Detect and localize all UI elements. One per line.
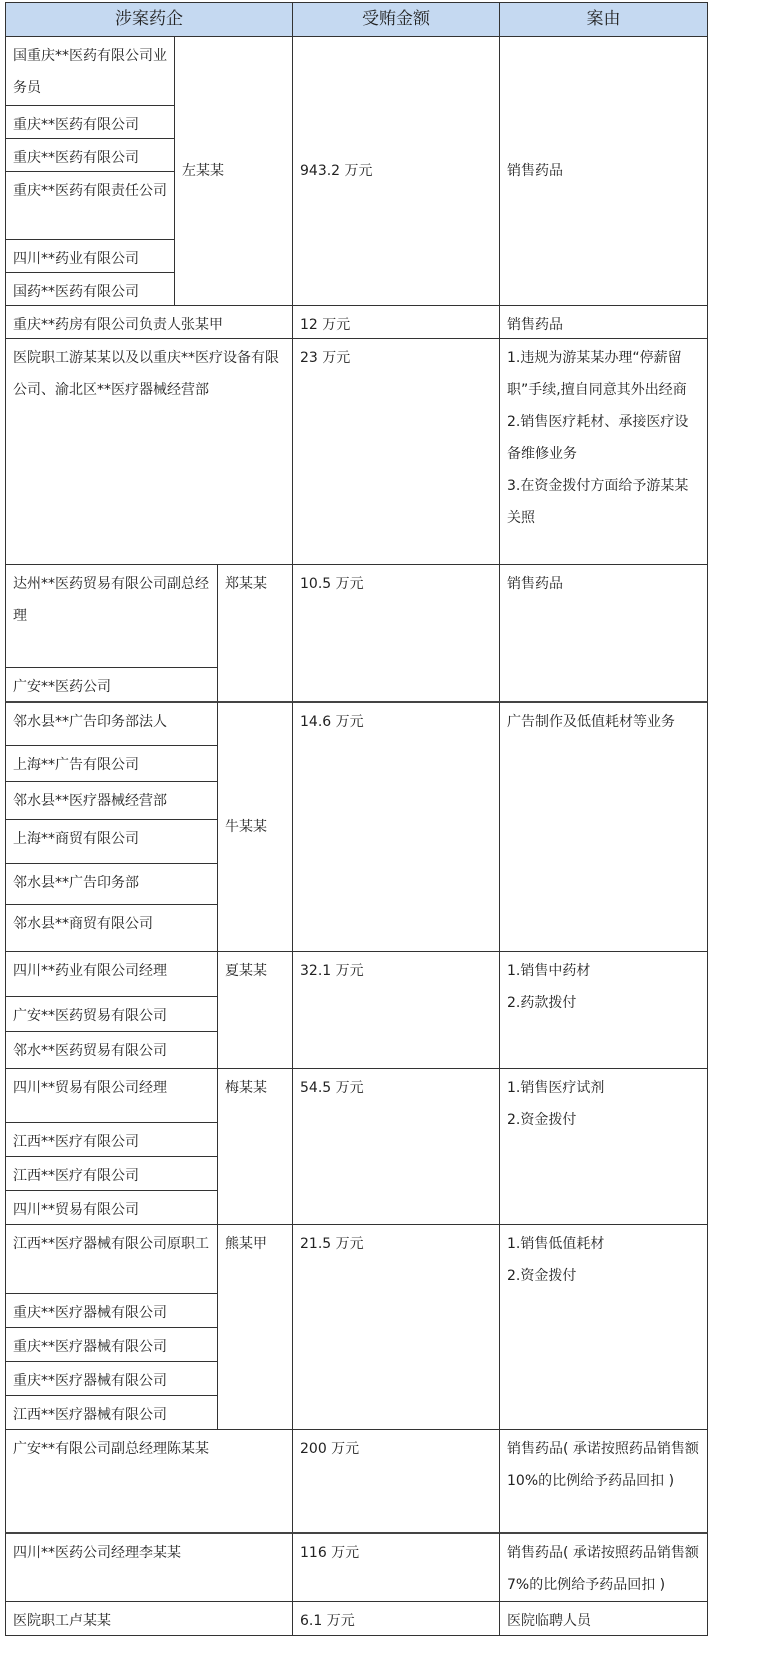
reason-line: 1.销售医疗试剂 [507,1072,707,1104]
amount-cell: 54.5 万元 [292,1068,500,1225]
reason-cell: 1.销售低值耗材 2.资金拨付 [499,1224,708,1430]
company-cell: 重庆**医药有限公司 [5,138,175,172]
company-cell: 四川**药业有限公司经理 [5,951,218,997]
amount-cell: 10.5 万元 [292,564,500,702]
reason-line: 1.销售低值耗材 [507,1228,707,1260]
company-cell: 达州**医药贸易有限公司副总经理 [5,564,218,668]
reason-line: 2.药款拨付 [507,987,707,1019]
company-cell: 广安**有限公司副总经理陈某某 [5,1429,293,1533]
amount-cell: 23 万元 [292,338,500,565]
reason-line: 2.销售医疗耗材、承接医疗设备维修业务 [507,406,701,470]
company-cell: 四川**药业有限公司 [5,239,175,273]
person-cell: 梅某某 [217,1068,293,1225]
amount-cell: 943.2 万元 [292,36,500,306]
reason-line: 2.资金拨付 [507,1260,707,1292]
reason-line: 1.销售中药材 [507,955,707,987]
amount-cell: 21.5 万元 [292,1224,500,1430]
company-cell: 四川**医药公司经理李某某 [5,1532,293,1602]
company-cell: 四川**贸易有限公司 [5,1190,218,1225]
company-cell: 邻水**医药贸易有限公司 [5,1031,218,1069]
person-cell: 郑某某 [217,564,293,702]
reason-cell: 医院临聘人员 [499,1601,708,1636]
company-cell: 邻水县**广告印务部 [5,863,218,905]
reason-line: 2.资金拨付 [507,1104,707,1136]
header-company: 涉案药企 [5,2,293,37]
company-cell: 重庆**医药有限责任公司 [5,171,175,240]
company-cell: 江西**医疗器械有限公司 [5,1395,218,1430]
company-cell: 江西**医疗器械有限公司原职工 [5,1224,218,1294]
company-cell: 邻水县**商贸有限公司 [5,904,218,952]
person-cell: 夏某某 [217,951,293,1069]
company-cell: 上海**广告有限公司 [5,745,218,782]
amount-cell: 200 万元 [292,1429,500,1533]
reason-cell: 销售药品 [499,305,708,339]
company-cell: 国重庆**医药有限公司业务员 [5,36,175,106]
header-reason: 案由 [499,2,708,37]
company-cell: 重庆**医疗器械有限公司 [5,1327,218,1362]
company-cell: 邻水县**广告印务部法人 [5,701,218,746]
reason-line: 3.在资金拨付方面给予游某某关照 [507,470,701,534]
company-cell: 国药**医药有限公司 [5,272,175,306]
amount-cell: 12 万元 [292,305,500,339]
header-amount: 受贿金额 [292,2,500,37]
reason-cell: 销售药品( 承诺按照药品销售额 10%的比例给予药品回扣 ) [499,1429,708,1533]
amount-cell: 6.1 万元 [292,1601,500,1636]
reason-cell: 销售药品( 承诺按照药品销售额 7%的比例给予药品回扣 ) [499,1532,708,1602]
reason-cell: 广告制作及低值耗材等业务 [499,701,708,952]
reason-cell: 销售药品 [499,564,708,702]
person-cell: 左某某 [174,36,293,306]
company-cell: 重庆**药房有限公司负责人张某甲 [5,305,293,339]
company-cell: 重庆**医药有限公司 [5,105,175,139]
person-cell: 牛某某 [217,701,293,952]
company-cell: 广安**医药贸易有限公司 [5,996,218,1032]
reason-cell: 销售药品 [499,36,708,306]
amount-cell: 116 万元 [292,1532,500,1602]
company-cell: 重庆**医疗器械有限公司 [5,1293,218,1328]
person-cell: 熊某甲 [217,1224,293,1430]
company-cell: 邻水县**医疗器械经营部 [5,781,218,820]
company-cell: 江西**医疗有限公司 [5,1156,218,1191]
company-cell: 江西**医疗有限公司 [5,1122,218,1157]
company-cell: 医院职工卢某某 [5,1601,293,1636]
company-cell: 广安**医药公司 [5,667,218,702]
company-cell: 上海**商贸有限公司 [5,819,218,864]
reason-cell: 1.销售医疗试剂 2.资金拨付 [499,1068,708,1225]
company-cell: 医院职工游某某以及以重庆**医疗设备有限公司、渝北区**医疗器械经营部 [5,338,293,565]
company-cell: 四川**贸易有限公司经理 [5,1068,218,1123]
reason-cell: 1.违规为游某某办理“停薪留职”手续,擅自同意其外出经商 2.销售医疗耗材、承接… [499,338,708,565]
amount-cell: 14.6 万元 [292,701,500,952]
company-cell: 重庆**医疗器械有限公司 [5,1361,218,1396]
amount-cell: 32.1 万元 [292,951,500,1069]
reason-line: 1.违规为游某某办理“停薪留职”手续,擅自同意其外出经商 [507,342,701,406]
reason-cell: 1.销售中药材 2.药款拨付 [499,951,708,1069]
